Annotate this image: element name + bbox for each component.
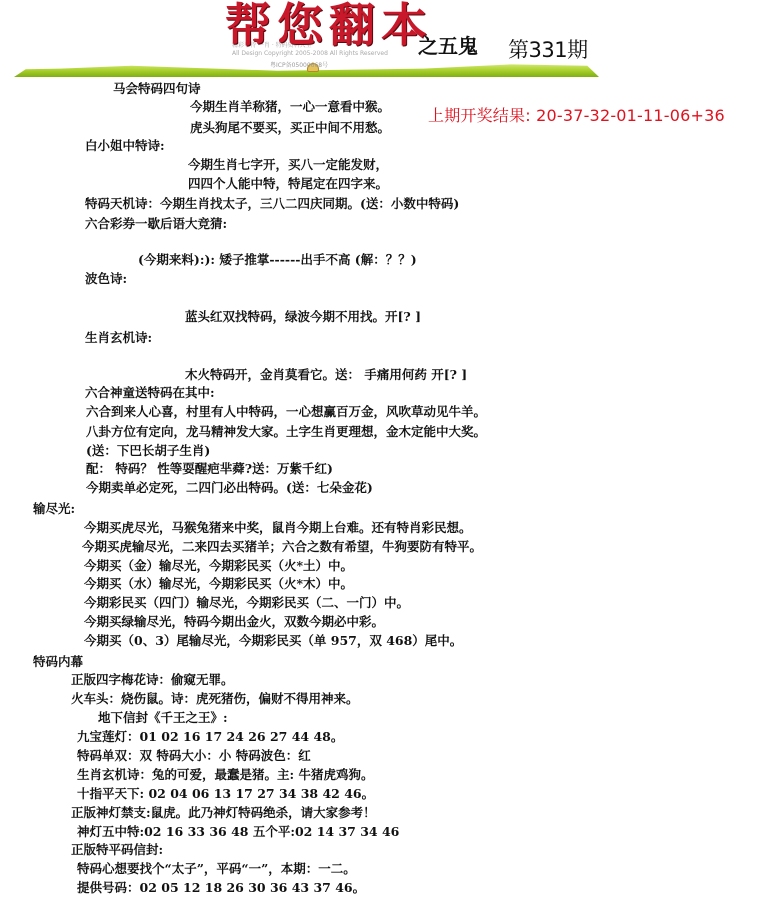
banner-title: 帮您翻本 — [225, 0, 433, 51]
header-banner: 精彩平特 一肖 · 特码资料大全 All Design Copyright 20… — [0, 0, 775, 82]
neimu-line: 神灯五中特:02 16 33 36 48 五个平:02 14 37 34 46 — [77, 824, 399, 840]
poem-line: 四四个人能中特，特尾定在四字来。 — [188, 176, 388, 192]
section-heading-mahui: 马会特码四句诗 — [113, 81, 201, 97]
poem-line: 今期生肖七字开，买八一定能发财， — [188, 157, 388, 173]
poem-line: 八卦方位有定向，龙马精神发大家。土字生肖更理想，金木定能中大奖。 — [86, 424, 486, 440]
section-heading-neimu: 特码内幕 — [33, 654, 83, 670]
neimu-line: 正版特平码信封: — [71, 842, 163, 858]
neimu-line: 十指平天下: 02 04 06 13 17 27 34 38 42 46。 — [77, 786, 374, 802]
neimu-line: 正版四字梅花诗：偷窥无罪。 — [71, 672, 234, 688]
neimu-line: 地下信封《千王之王》: — [98, 710, 228, 726]
neimu-line: 火车头：烧伤鼠。诗：虎死猪伤，偏财不得用神来。 — [71, 691, 359, 707]
poem-line: 今期买（金）输尽光，今期彩民买（火*土）中。 — [84, 558, 353, 574]
poem-line: 配： 特码？ 性等耍醒疤芈蕣?送：万紫千红) — [86, 461, 333, 477]
poem-line: 木火特码开，金肖莫看它。送： 手痛用何药 开[? ] — [185, 367, 467, 383]
banner-subtitle: 之五鬼 — [418, 30, 478, 59]
neimu-line: 特码单双：双 特码大小：小 特码波色：红 — [77, 748, 311, 764]
poem-line: 今期买（水）输尽光，今期彩民买（火*木）中。 — [84, 576, 353, 592]
issue-number: 第331期 — [508, 34, 588, 64]
neimu-line: 生肖玄机诗：兔的可爱，最蠢是猪。主: 牛猪虎鸡狗。 — [77, 767, 373, 783]
poem-line: 今期买虎输尽光，二来四去买猪羊；六合之数有希望，牛狗要防有特平。 — [82, 539, 482, 555]
riddle-line: (今期来料):): 矮子推掌------出手不高 (解：？？) — [138, 252, 417, 268]
poem-line: (送：下巴长胡子生肖) — [86, 443, 210, 459]
neimu-line: 提供号码：02 05 12 18 26 30 36 43 37 46。 — [77, 880, 365, 896]
poem-line: 今期买绿输尽光，特码今期出金火，双数今期必中彩。 — [84, 614, 384, 630]
poem-line: 蓝头红双找特码，绿波今期不用找。开[? ] — [185, 309, 421, 325]
neimu-line: 特码心想要找个“太子”，平码“一”，本期：一二。 — [77, 861, 356, 877]
poem-line: 虎头狗尾不要买，买正中间不用愁。 — [190, 120, 390, 136]
last-result-label: 上期开奖结果: — [428, 106, 531, 125]
neimu-line: 九宝莲灯：01 02 16 17 24 26 27 44 48。 — [77, 729, 343, 745]
last-result-numbers: 20-37-32-01-11-06+36 — [536, 106, 725, 125]
poem-line: 今期买虎尽光，马猴兔猪来中奖，鼠肖今期上台难。还有特肖彩民想。 — [84, 520, 472, 536]
poem-line: 今期卖单必定死，二四门必出特码。(送：七朵金花) — [86, 480, 373, 496]
section-heading-xiehouyu: 六合彩券一歇后语大竞猜: — [85, 216, 227, 232]
last-result: 上期开奖结果: 20-37-32-01-11-06+36 — [428, 103, 725, 126]
section-heading-xuanji: 生肖玄机诗: — [85, 330, 152, 346]
tianji-line: 特码天机诗：今期生肖找太子，三八二四庆同期。(送：小数中特码) — [85, 196, 459, 212]
section-heading-shujin: 输尽光: — [33, 501, 75, 517]
poem-line: 六合到来人心喜，村里有人中特码，一心想赢百万金，风吹草动见牛羊。 — [86, 404, 486, 420]
section-heading-bose: 波色诗: — [85, 271, 127, 287]
section-heading-baixiaojie: 白小姐中特诗: — [85, 138, 165, 154]
section-heading-shentong: 六合神童送特码在其中: — [85, 385, 215, 401]
faint-line-3: 粤ICP备05000668号 — [270, 60, 328, 69]
poem-line: 今期生肖羊称猪，一心一意看中猴。 — [190, 99, 390, 115]
poem-line: 今期买（0、3）尾输尽光，今期彩民买（单 957，双 468）尾中。 — [84, 633, 462, 649]
poem-line: 今期彩民买（四门）输尽光，今期彩民买（二、一门）中。 — [84, 595, 409, 611]
neimu-line: 正版神灯禁支:鼠虎。此乃神灯特码绝杀，请大家参考！ — [71, 805, 376, 821]
